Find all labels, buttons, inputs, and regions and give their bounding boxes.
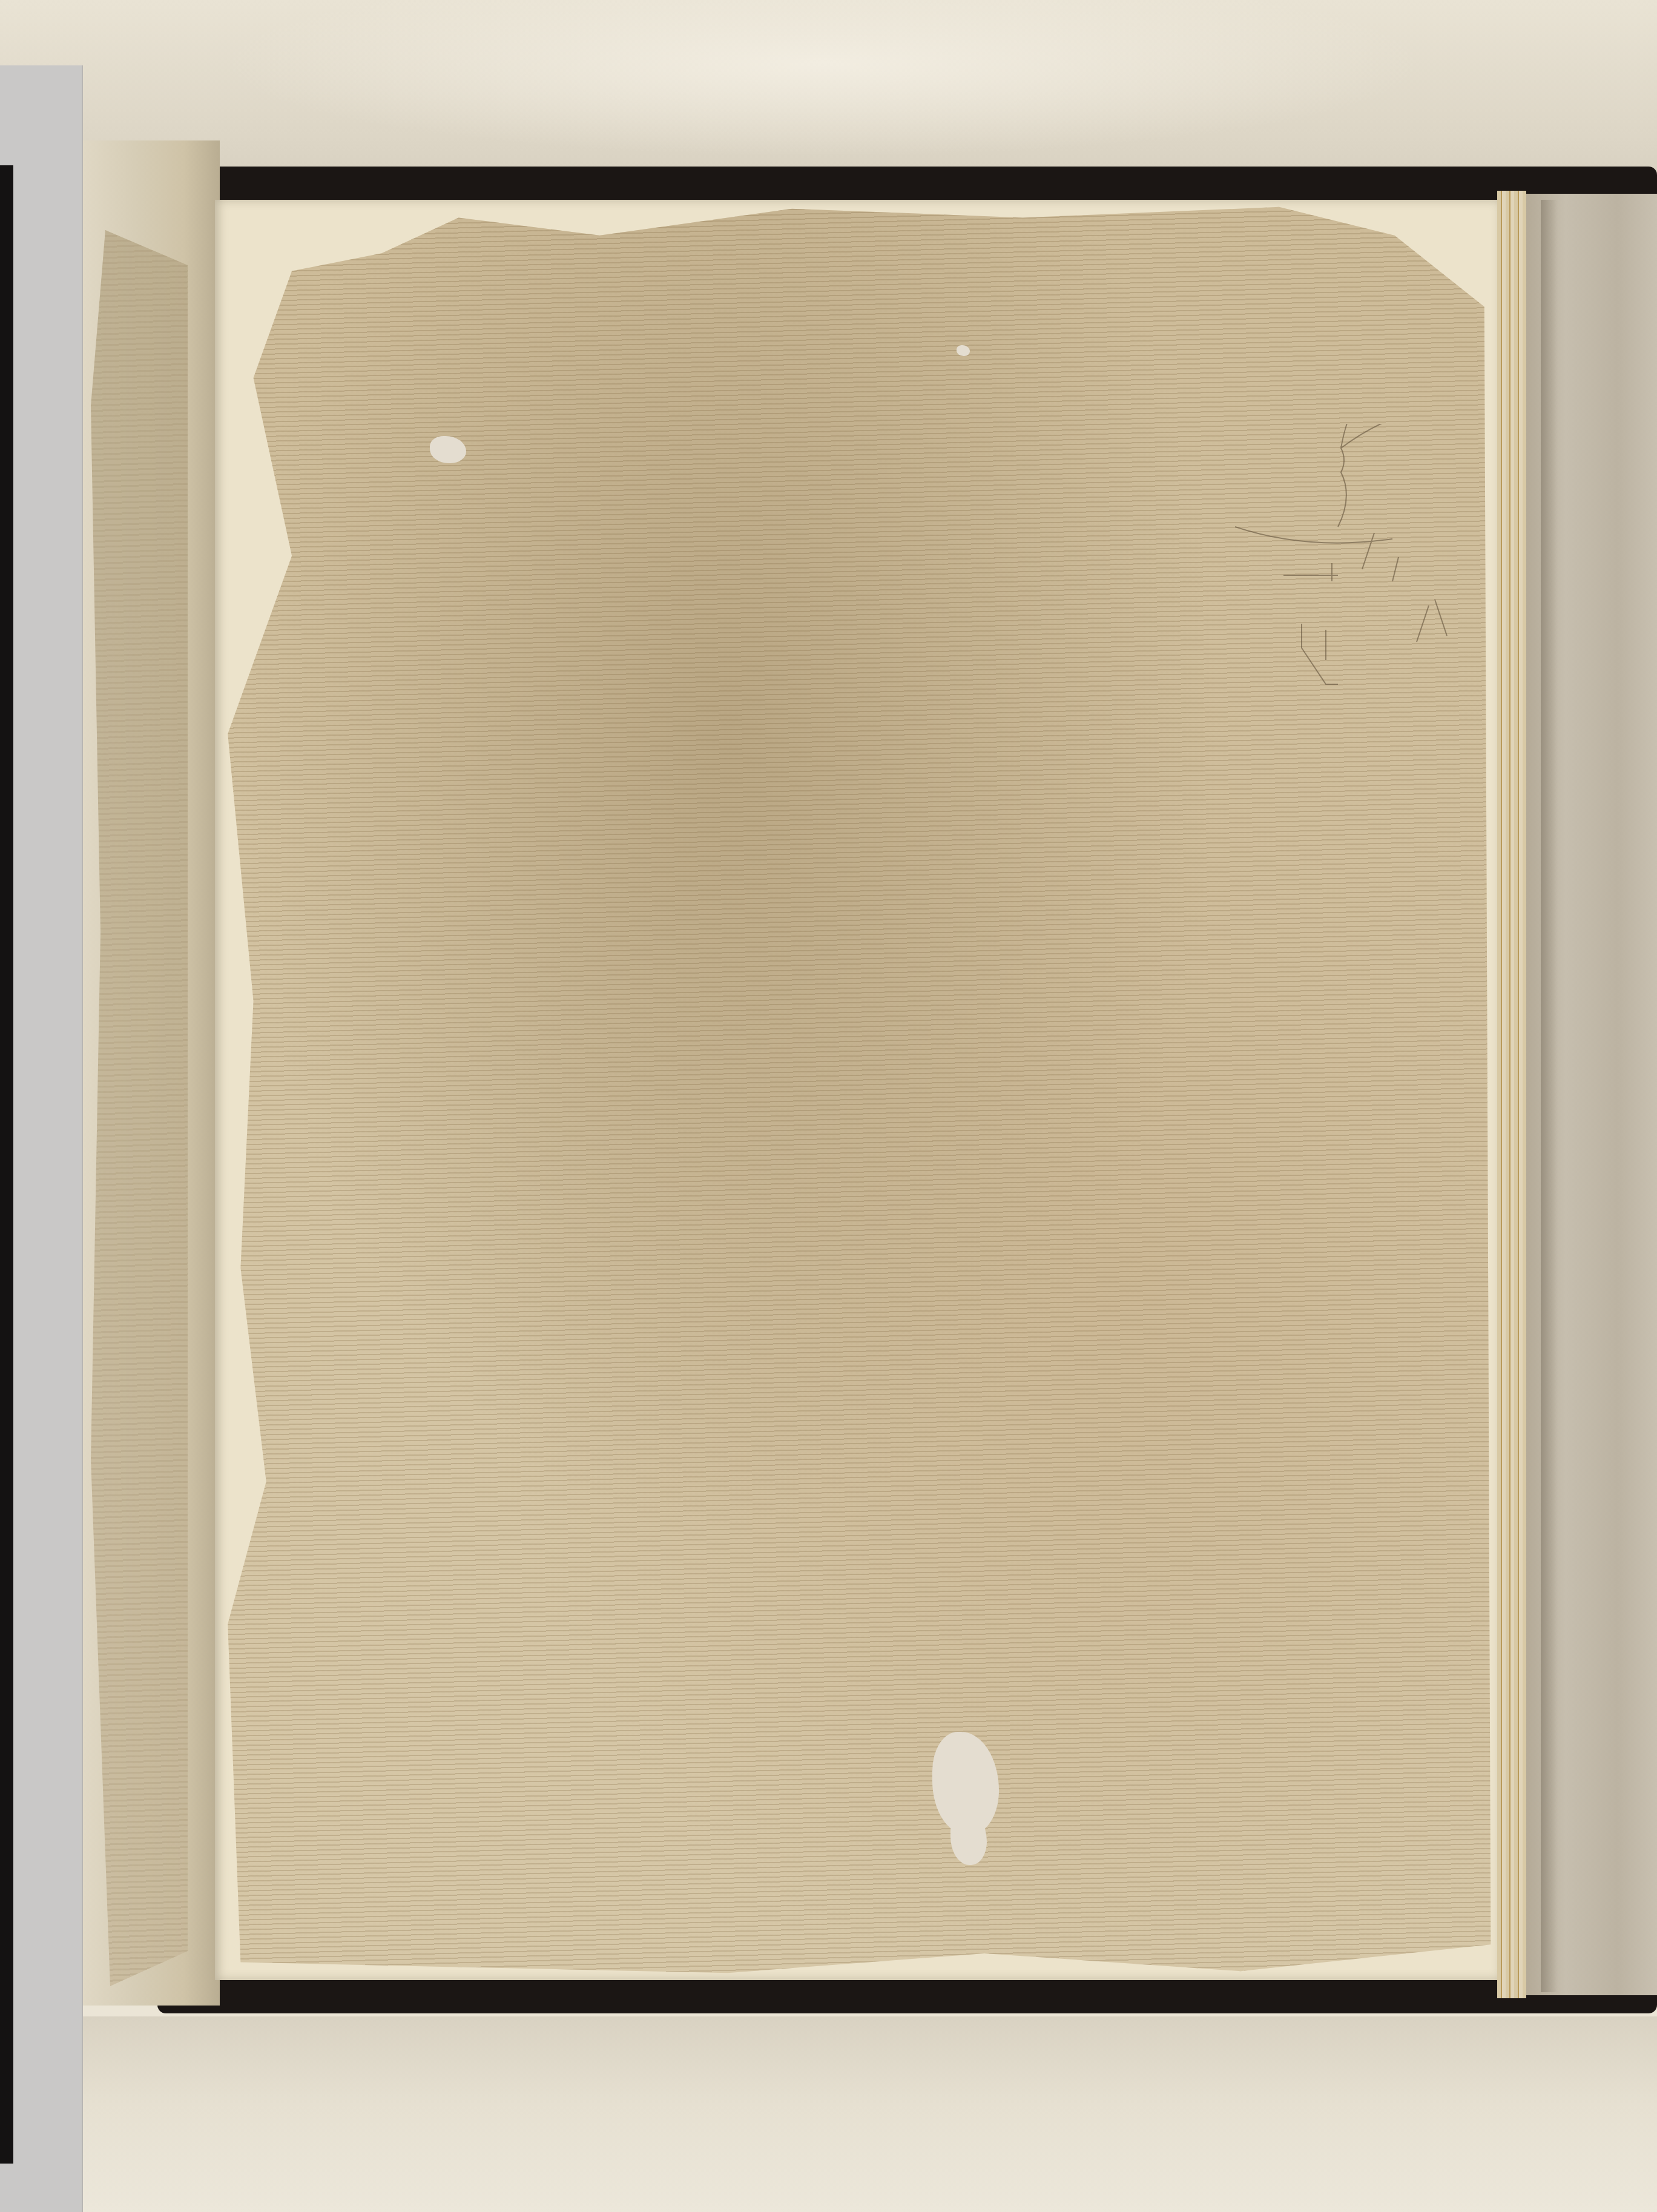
pencil-sketch	[1235, 424, 1489, 799]
left-page-stain	[91, 230, 188, 1986]
endpaper-fold-shadow	[1541, 200, 1558, 1992]
background-shadow-bottom	[0, 2016, 1657, 2212]
background-highlight	[218, 0, 1429, 157]
gray-card	[0, 65, 83, 2212]
page-stack-edge	[1497, 191, 1526, 1998]
card-dark-edge	[0, 165, 13, 2164]
paper-loss-flake	[957, 345, 970, 356]
